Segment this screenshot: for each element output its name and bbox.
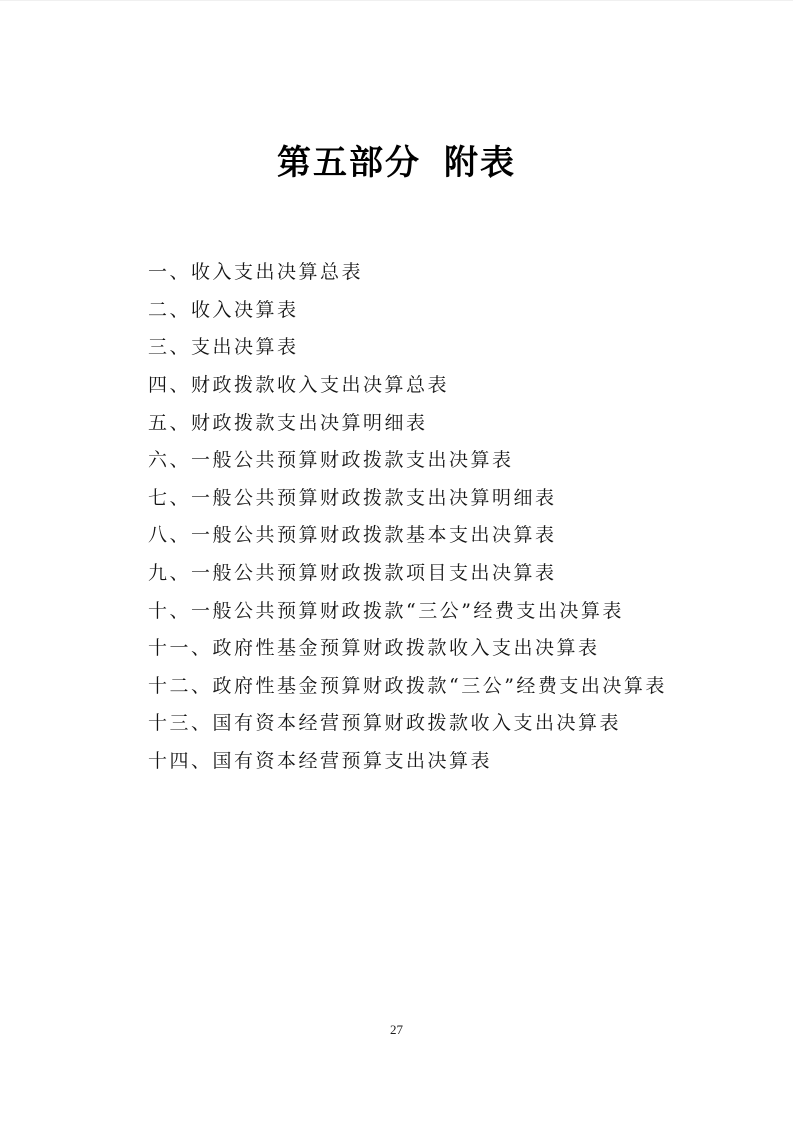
- toc-item: 十四、国有资本经营预算支出决算表: [148, 741, 733, 779]
- toc-item: 十二、政府性基金预算财政拨款“三公”经费支出决算表: [148, 666, 733, 704]
- page-number: 27: [0, 1022, 793, 1038]
- toc-item: 四、财政拨款收入支出决算总表: [148, 365, 733, 403]
- toc-item: 三、支出决算表: [148, 327, 733, 365]
- document-page: 第五部分 附表 一、收入支出决算总表二、收入决算表三、支出决算表四、财政拨款收入…: [0, 0, 793, 1123]
- toc-item: 十、一般公共预算财政拨款“三公”经费支出决算表: [148, 590, 733, 628]
- toc-item: 八、一般公共预算财政拨款基本支出决算表: [148, 515, 733, 553]
- toc-item: 一、收入支出决算总表: [148, 252, 733, 290]
- toc-item: 五、财政拨款支出决算明细表: [148, 402, 733, 440]
- toc-item: 十一、政府性基金预算财政拨款收入支出决算表: [148, 628, 733, 666]
- toc-item: 二、收入决算表: [148, 290, 733, 328]
- page-title: 第五部分 附表: [0, 135, 793, 184]
- toc-item: 十三、国有资本经营预算财政拨款收入支出决算表: [148, 703, 733, 741]
- toc-list: 一、收入支出决算总表二、收入决算表三、支出决算表四、财政拨款收入支出决算总表五、…: [148, 252, 733, 778]
- toc-item: 九、一般公共预算财政拨款项目支出决算表: [148, 553, 733, 591]
- toc-item: 六、一般公共预算财政拨款支出决算表: [148, 440, 733, 478]
- toc-item: 七、一般公共预算财政拨款支出决算明细表: [148, 478, 733, 516]
